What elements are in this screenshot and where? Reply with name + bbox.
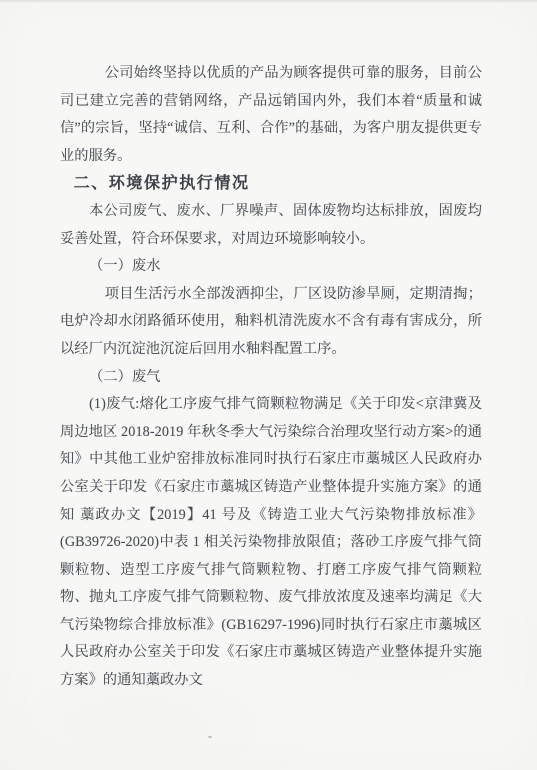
paragraph-wastewater-measures: 项目生活污水全部泼洒抑尘，厂区设防渗旱厕，定期清掏；电炉冷却水闭路循环使用，釉料…	[60, 281, 482, 364]
section-heading-environment: 二、环境保护执行情况	[60, 170, 482, 198]
paragraph-waste-gas-standards: (1)废气:熔化工序废气排气筒颗粒物满足《关于印发<京津冀及周边地区 2018-…	[60, 391, 482, 695]
scan-speck	[208, 736, 212, 739]
subheading-wastewater: （一）废水	[60, 253, 482, 281]
document-text-block: 公司始终坚持以优质的产品为顾客提供可靠的服务，目前公司已建立完善的营销网络，产品…	[60, 60, 482, 695]
scanned-document-page: 公司始终坚持以优质的产品为顾客提供可靠的服务，目前公司已建立完善的营销网络，产品…	[0, 0, 537, 770]
paragraph-company-service: 公司始终坚持以优质的产品为顾客提供可靠的服务，目前公司已建立完善的营销网络，产品…	[60, 60, 482, 170]
subheading-waste-gas: （二）废气	[60, 364, 482, 392]
paragraph-compliance-overview: 本公司废气、废水、厂界噪声、固体废物均达标排放，固废均妥善处置，符合环保要求，对…	[60, 198, 482, 253]
